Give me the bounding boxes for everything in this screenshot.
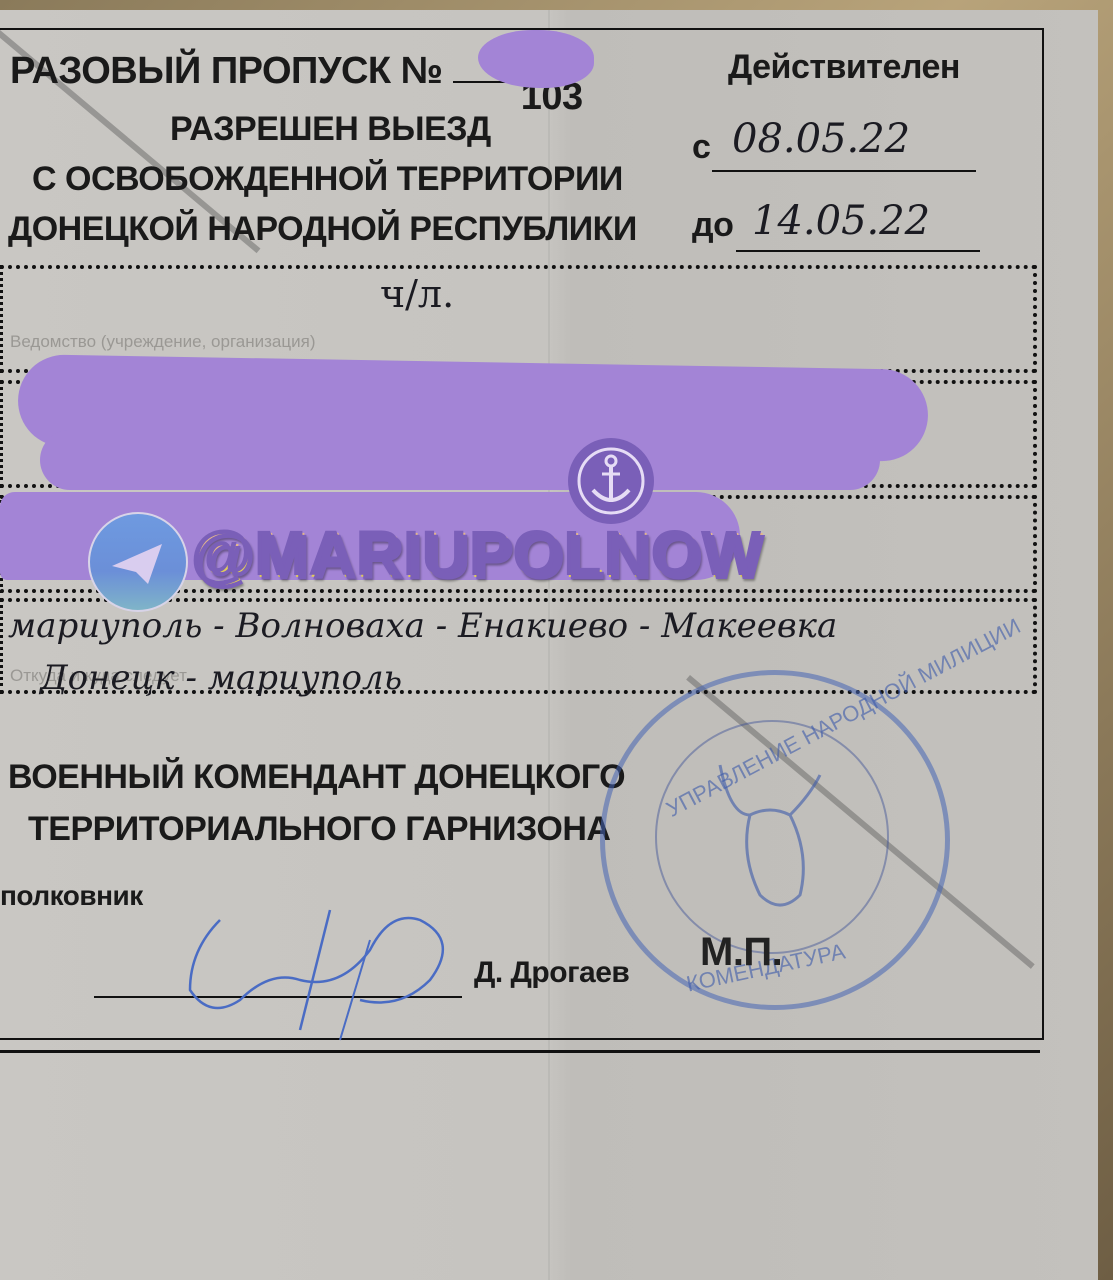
commandant-title-line-2: ТЕРРИТОРИАЛЬНОГО ГАРНИЗОНА <box>28 810 610 849</box>
department-label: Ведомство (учреждение, организация) <box>10 332 315 352</box>
commandant-title-line-1: ВОЕННЫЙ КОМЕНДАНТ ДОНЕЦКОГО <box>8 758 625 797</box>
valid-to-line <box>736 250 980 252</box>
pass-number-redaction <box>478 30 594 88</box>
subtitle-line-1: РАЗРЕШЕН ВЫЕЗД <box>170 110 491 149</box>
telegram-icon <box>88 512 188 612</box>
valid-to-date: 14.05.22 <box>752 198 930 244</box>
signature-icon <box>180 890 480 1050</box>
seal-mark: М.П. <box>700 930 782 975</box>
subtitle-line-2: С ОСВОБОЖДЕННОЙ ТЕРРИТОРИИ <box>32 160 623 199</box>
commandant-name: Д. Дрогаев <box>474 956 629 990</box>
commandant-rank: полковник <box>0 880 143 912</box>
pass-document: РАЗОВЫЙ ПРОПУСК № 103 РАЗРЕШЕН ВЫЕЗД С О… <box>0 10 1098 1280</box>
valid-from-label: с <box>692 128 710 167</box>
valid-from-date: 08.05.22 <box>732 116 910 162</box>
watermark-handle: @MARIUPOLNOW <box>192 518 764 592</box>
person-redaction-2 <box>40 430 880 490</box>
from-to-line-2: Донецк - мариуполь <box>40 658 402 698</box>
valid-from-line <box>712 170 976 172</box>
official-stamp: УПРАВЛЕНИЕ НАРОДНОЙ МИЛИЦИИ КОМЕНДАТУРА … <box>600 670 950 1010</box>
stamp-emblem-icon <box>700 755 850 925</box>
document-bottom-border <box>0 1050 1040 1053</box>
pass-title-text: РАЗОВЫЙ ПРОПУСК № <box>10 50 443 92</box>
subtitle-line-3: ДОНЕЦКОЙ НАРОДНОЙ РЕСПУБЛИКИ <box>8 210 637 249</box>
valid-to-label: до <box>692 206 733 245</box>
department-value: ч/л. <box>380 272 454 316</box>
validity-heading: Действителен <box>728 48 960 87</box>
anchor-icon <box>568 438 654 524</box>
